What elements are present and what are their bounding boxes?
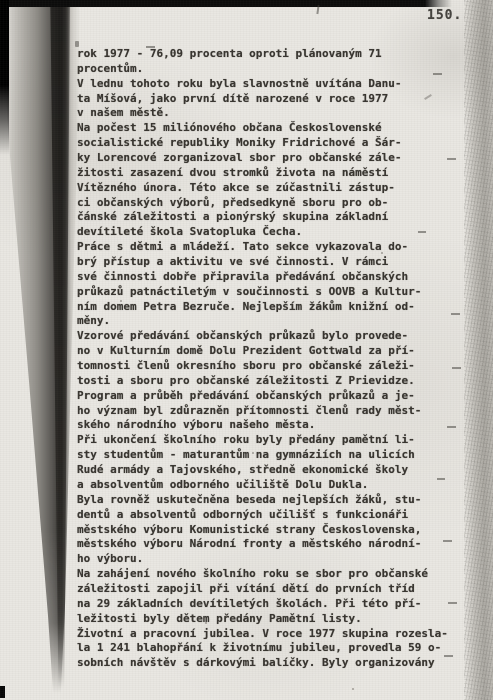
scan-edge-right <box>464 0 493 700</box>
scan-corner-chip <box>0 686 5 698</box>
text-line: rok 1977 - 76,09 procenta oproti plánova… <box>77 47 469 62</box>
text-line: záležitosti zapojil při vítání dětí do p… <box>77 582 469 597</box>
text-line: Rudé armády a Tajovského, středně ekonom… <box>77 463 469 478</box>
text-line: ho význam byl zdůrazněn přítomnosti člen… <box>77 404 469 419</box>
text-line: Práce s dětmi a mládeží. Tato sekce vyka… <box>77 240 469 255</box>
text-line: ležitosti byly dětem předány Pamětní lis… <box>77 612 469 627</box>
text-line: Byla rovněž uskutečněna beseda nejlepšíc… <box>77 493 469 508</box>
text-line: tosti a sboru pro občanské záležitosti Z… <box>77 374 469 389</box>
scan-artifact-tick <box>316 5 319 14</box>
scan-artifact-speck <box>205 622 207 624</box>
text-line: no v Kulturním domě Dolu Prezident Gottw… <box>77 344 469 359</box>
scanned-book-page: { "document": { "page_number": "150.", "… <box>0 0 493 700</box>
text-line: Při ukončení školního roku byly předány … <box>77 433 469 448</box>
page-number: 150. <box>427 8 462 24</box>
text-line: procentům. <box>77 62 469 77</box>
scan-artifact-underscore <box>452 367 461 369</box>
text-line: měny. <box>77 314 469 329</box>
scan-artifact-underscore <box>418 231 426 233</box>
text-line: ním domem Petra Bezruče. Nejlepším žákům… <box>77 300 469 315</box>
text-line: Vítězného února. Této akce se zúčastnili… <box>77 181 469 196</box>
text-line: městského výboru Komunistické strany Čes… <box>77 523 469 538</box>
text-line: Vzorové předávání občanských průkazů byl… <box>77 329 469 344</box>
scan-artifact-speck <box>352 688 354 690</box>
text-line: Na počest 15 miliónového občana Českoslo… <box>77 121 469 136</box>
scan-artifact-underscore <box>447 426 456 428</box>
text-line: ci občanských výborů, předsedkyně sboru … <box>77 196 469 211</box>
scan-edge-left <box>0 0 9 155</box>
text-line: v našem městě. <box>77 106 469 121</box>
text-line: V lednu tohoto roku byla slavnostně uvít… <box>77 77 469 92</box>
text-line: čánské záležitosti a pionýrský skupina z… <box>77 210 469 225</box>
scan-artifact-speck <box>252 452 254 454</box>
text-line: průkazů patnáctiletým v součinnosti s OO… <box>77 285 469 300</box>
scan-artifact-speck <box>120 300 122 302</box>
text-line: své činnosti dobře připravila předávání … <box>77 270 469 285</box>
typewritten-text: rok 1977 - 76,09 procenta oproti plánova… <box>77 47 469 671</box>
scan-artifact-underscore <box>451 313 460 315</box>
text-line: na 29 základních devítiletých školách. P… <box>77 597 469 612</box>
text-line: brý přístup a aktivitu ve své činnosti. … <box>77 255 469 270</box>
scan-artifact-dash <box>146 46 155 48</box>
text-line: ky Lorencové zorganizoval sbor pro občan… <box>77 151 469 166</box>
text-line: ského národního výboru našeho města. <box>77 418 469 433</box>
scan-artifact-underscore <box>447 158 456 160</box>
scan-artifact-underscore <box>433 73 442 75</box>
scan-edge-top <box>0 0 452 7</box>
text-line: sobních návštěv s dárkovými balíčky. Byl… <box>77 656 469 671</box>
scan-artifact-underscore <box>437 478 445 480</box>
scan-artifact-underscore <box>448 602 457 604</box>
text-line: městského výboru Národní fronty a městsk… <box>77 537 469 552</box>
text-line: ta Míšová, jako první dítě narozené v ro… <box>77 92 469 107</box>
text-line: tomnosti členů okresního sboru pro občan… <box>77 359 469 374</box>
text-line: a absolventům odborného učiliště Dolu Du… <box>77 478 469 493</box>
text-line: Na zahájení nového školního roku se sbor… <box>77 567 469 582</box>
text-line: socialistické republiky Moniky Fridricho… <box>77 136 469 151</box>
text-line: Životní a pracovní jubilea. V roce 1977 … <box>77 627 469 642</box>
text-line: sty studentům - maturantům na gymnáziích… <box>77 448 469 463</box>
scan-artifact-underscore <box>444 655 453 657</box>
scan-artifact-speck <box>381 252 383 254</box>
text-line: Program a průběh předávání občanských pr… <box>77 389 469 404</box>
text-line: devítileté škola Svatopluka Čecha. <box>77 225 469 240</box>
scan-artifact-speck <box>75 41 79 47</box>
scan-artifact-underscore <box>443 540 452 542</box>
text-line: žitosti zasazení dvou stromků života na … <box>77 166 469 181</box>
text-line: dentů a absolventů odborných učilišť s f… <box>77 508 469 523</box>
text-line: la 1 241 blahopřání k životnímu jubileu,… <box>77 641 469 656</box>
text-line: ho výboru. <box>77 552 469 567</box>
